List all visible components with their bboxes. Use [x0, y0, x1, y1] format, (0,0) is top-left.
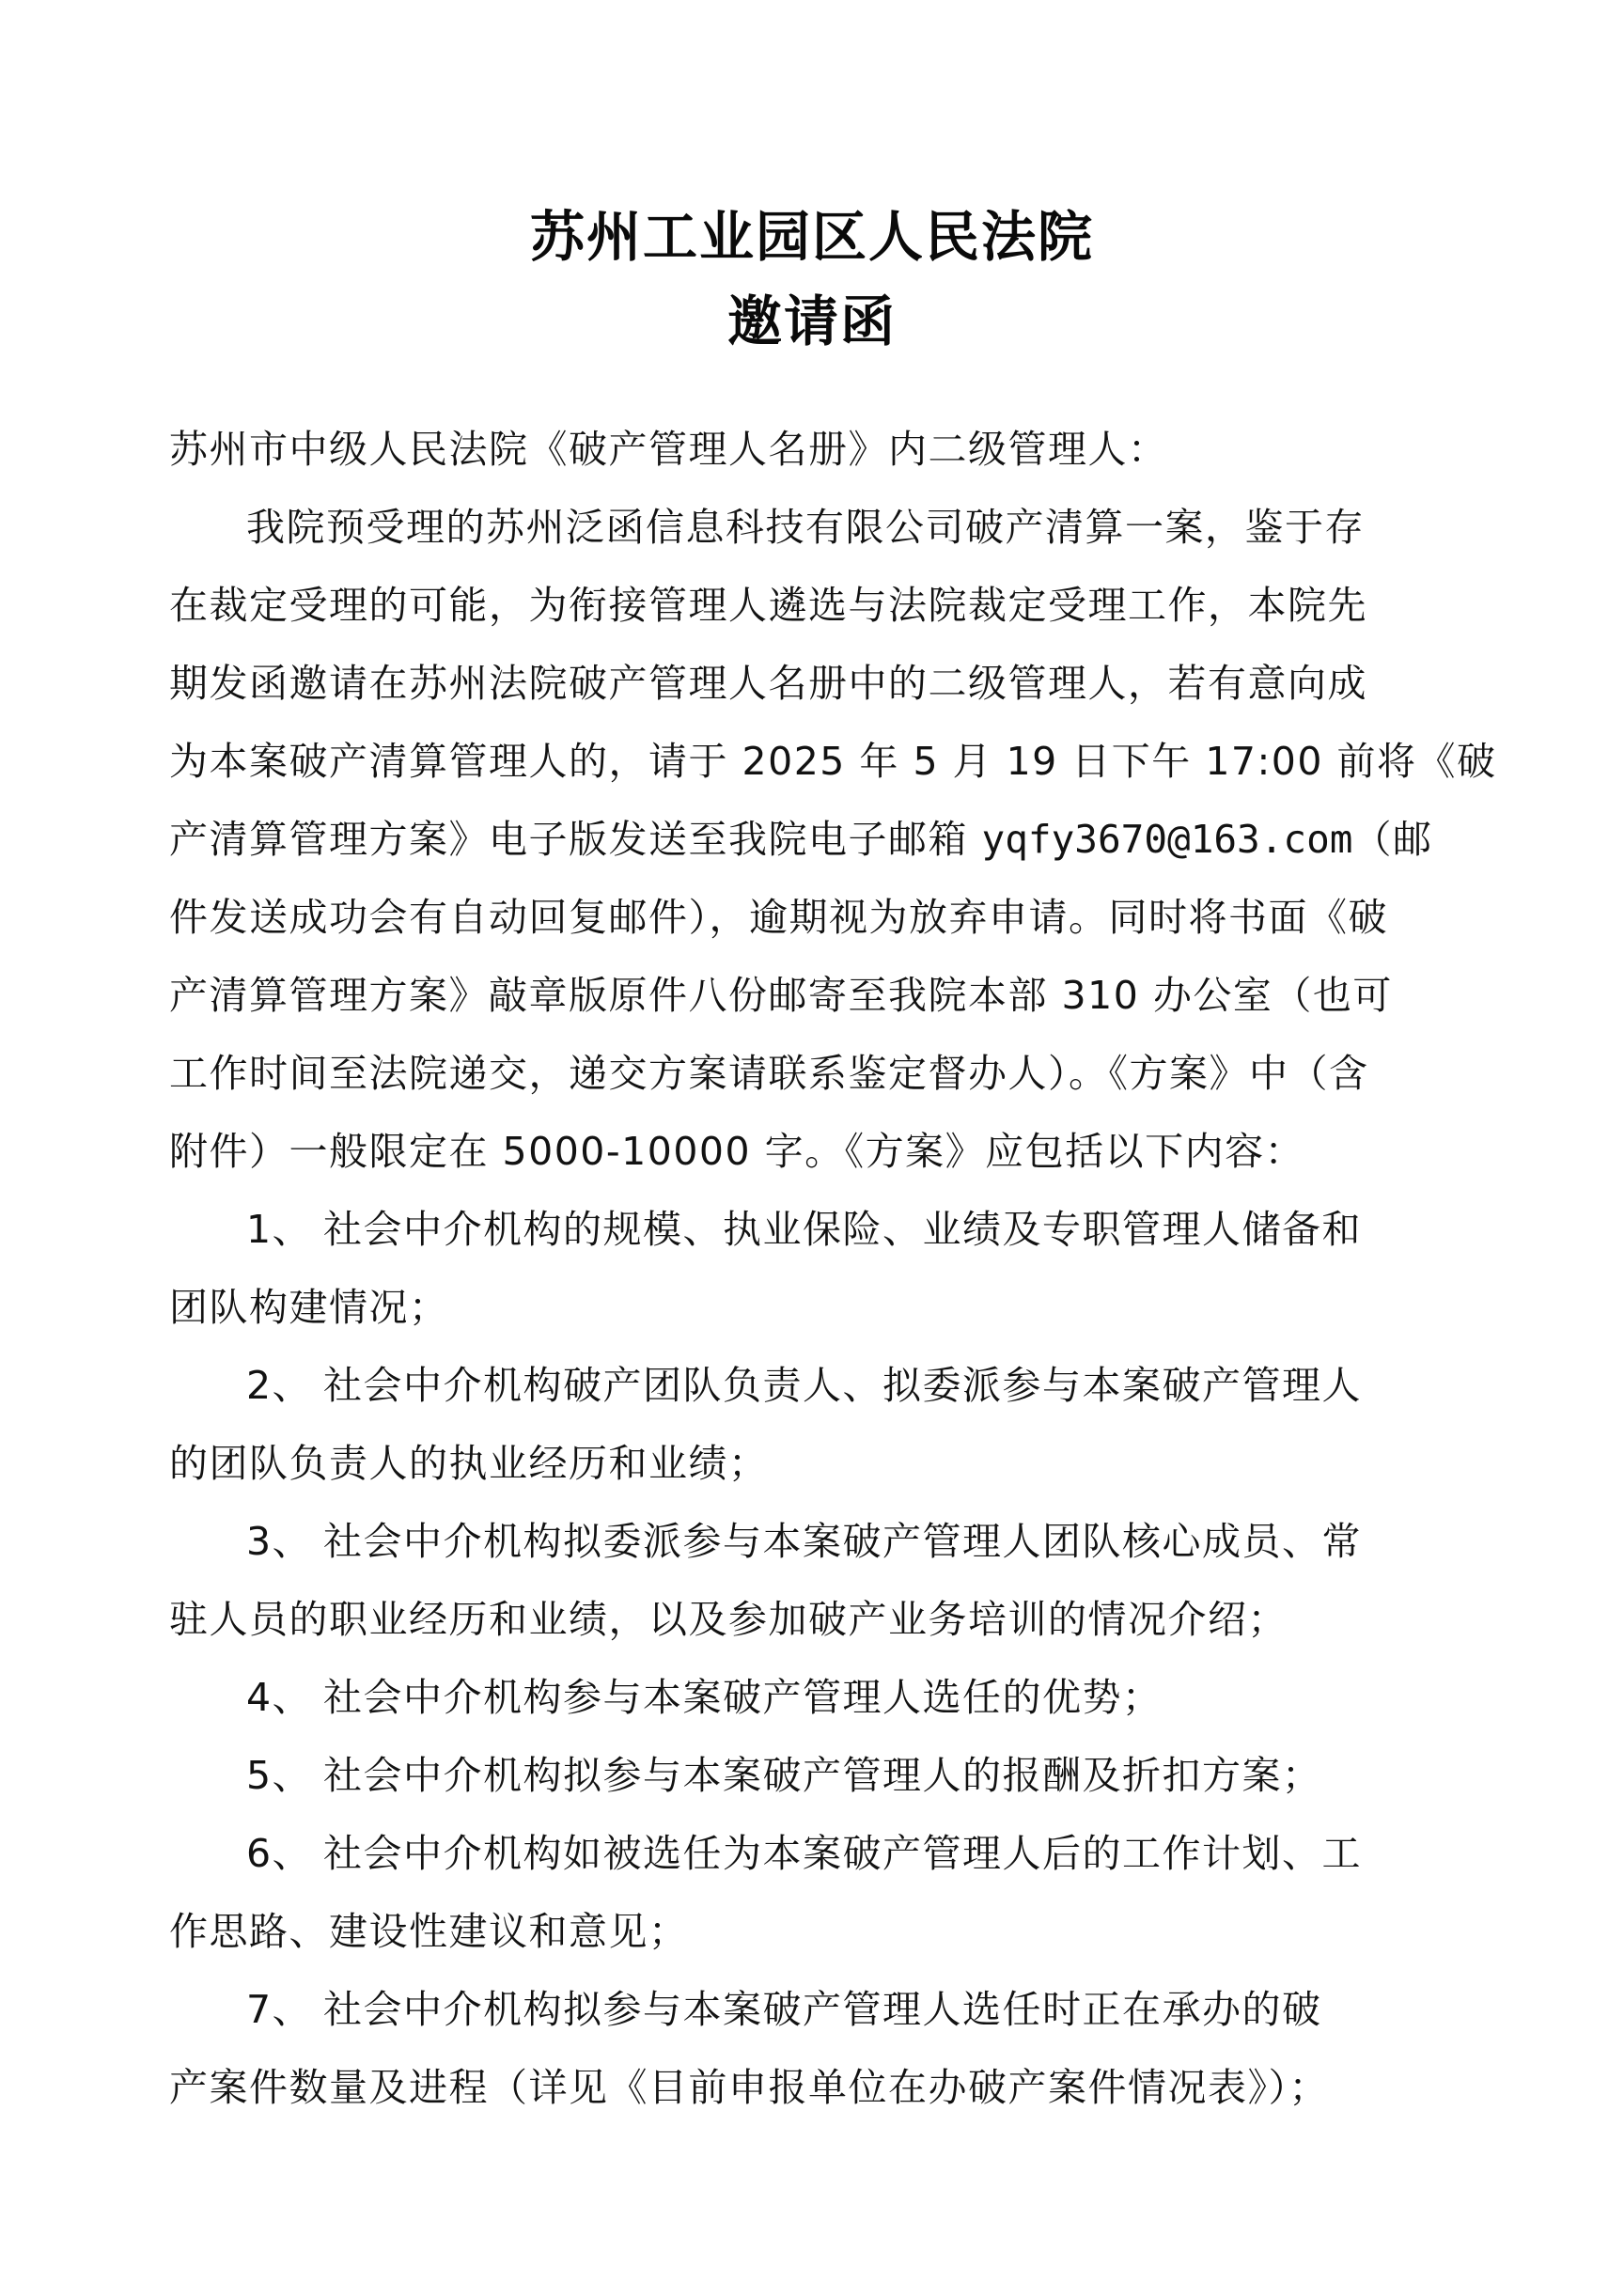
intro-line-6: 件发送成功会有自动回复邮件），逾期视为放弃申请。同时将书面《破	[169, 889, 1388, 946]
list-item-number: 4、	[246, 1669, 323, 1726]
email-suffix: （邮	[1352, 817, 1432, 862]
list-item-number: 7、	[246, 1981, 323, 2038]
list-item-number: 3、	[246, 1513, 323, 1570]
document-page: 苏州工业园区人民法院 邀请函 苏州市中级人民法院《破产管理人名册》内二级管理人：…	[0, 0, 1624, 2282]
list-item-text: 社会中介机构的规模、执业保险、业绩及专职管理人储备和	[323, 1207, 1362, 1252]
intro-line-4: 为本案破产清算管理人的，请于 2025 年 5 月 19 日下午 17:00 前…	[169, 733, 1497, 789]
list-item-text: 社会中介机构破产团队负责人、拟委派参与本案破产管理人	[323, 1363, 1362, 1408]
list-item-6-cont: 作思路、建设性建议和意见；	[169, 1903, 689, 1960]
list-item-7-cont: 产案件数量及进程（详见《目前申报单位在办破产案件情况表》）；	[169, 2059, 1329, 2116]
list-item-text: 社会中介机构拟参与本案破产管理人选任时正在承办的破	[323, 1987, 1322, 2032]
list-item-2-cont: 的团队负责人的执业经历和业绩；	[169, 1435, 769, 1492]
intro-line-1: 我院预受理的苏州泛函信息科技有限公司破产清算一案，鉴于存	[246, 499, 1365, 555]
list-item-number: 2、	[246, 1357, 323, 1414]
list-item-3-cont: 驻人员的职业经历和业绩，以及参加破产业务培训的情况介绍；	[169, 1591, 1288, 1648]
list-item-7: 7、社会中介机构拟参与本案破产管理人选任时正在承办的破	[246, 1981, 1322, 2038]
list-item-4: 4、社会中介机构参与本案破产管理人选任的优势；	[246, 1669, 1163, 1726]
list-item-text: 社会中介机构拟参与本案破产管理人的报酬及折扣方案；	[323, 1753, 1322, 1798]
list-item-5: 5、社会中介机构拟参与本案破产管理人的报酬及折扣方案；	[246, 1747, 1322, 1804]
intro-line-5: 产清算管理方案》电子版发送至我院电子邮箱 yqfy3670@163.com（邮	[169, 811, 1432, 867]
list-item-1-cont: 团队构建情况；	[169, 1279, 449, 1336]
list-item-text: 社会中介机构拟委派参与本案破产管理人团队核心成员、常	[323, 1519, 1362, 1564]
list-item-number: 1、	[246, 1201, 323, 1258]
list-item-3: 3、社会中介机构拟委派参与本案破产管理人团队核心成员、常	[246, 1513, 1362, 1570]
intro-line-9: 附件）一般限定在 5000-10000 字。《方案》应包括以下内容：	[169, 1123, 1304, 1180]
list-item-text: 社会中介机构参与本案破产管理人选任的优势；	[323, 1675, 1163, 1720]
intro-line-5-text: 产清算管理方案》电子版发送至我院电子邮箱	[169, 817, 982, 862]
list-item-1: 1、社会中介机构的规模、执业保险、业绩及专职管理人储备和	[246, 1201, 1362, 1258]
intro-line-7: 产清算管理方案》敲章版原件八份邮寄至我院本部 310 办公室（也可	[169, 967, 1393, 1024]
list-item-text: 社会中介机构如被选任为本案破产管理人后的工作计划、工	[323, 1831, 1362, 1876]
addressee: 苏州市中级人民法院《破产管理人名册》内二级管理人：	[169, 421, 1168, 477]
email-address: yqfy3670@163.com	[982, 817, 1353, 862]
list-item-2: 2、社会中介机构破产团队负责人、拟委派参与本案破产管理人	[246, 1357, 1362, 1414]
intro-line-8: 工作时间至法院递交，递交方案请联系鉴定督办人）。《方案》中（含	[169, 1045, 1369, 1102]
list-item-number: 5、	[246, 1747, 323, 1804]
list-item-6: 6、社会中介机构如被选任为本案破产管理人后的工作计划、工	[246, 1825, 1362, 1882]
list-item-number: 6、	[246, 1825, 323, 1882]
intro-line-3: 期发函邀请在苏州法院破产管理人名册中的二级管理人，若有意向成	[169, 655, 1367, 711]
court-name-title: 苏州工业园区人民法院	[0, 193, 1624, 272]
invitation-title: 邀请函	[0, 277, 1624, 356]
intro-line-2: 在裁定受理的可能，为衔接管理人遴选与法院裁定受理工作，本院先	[169, 577, 1367, 633]
